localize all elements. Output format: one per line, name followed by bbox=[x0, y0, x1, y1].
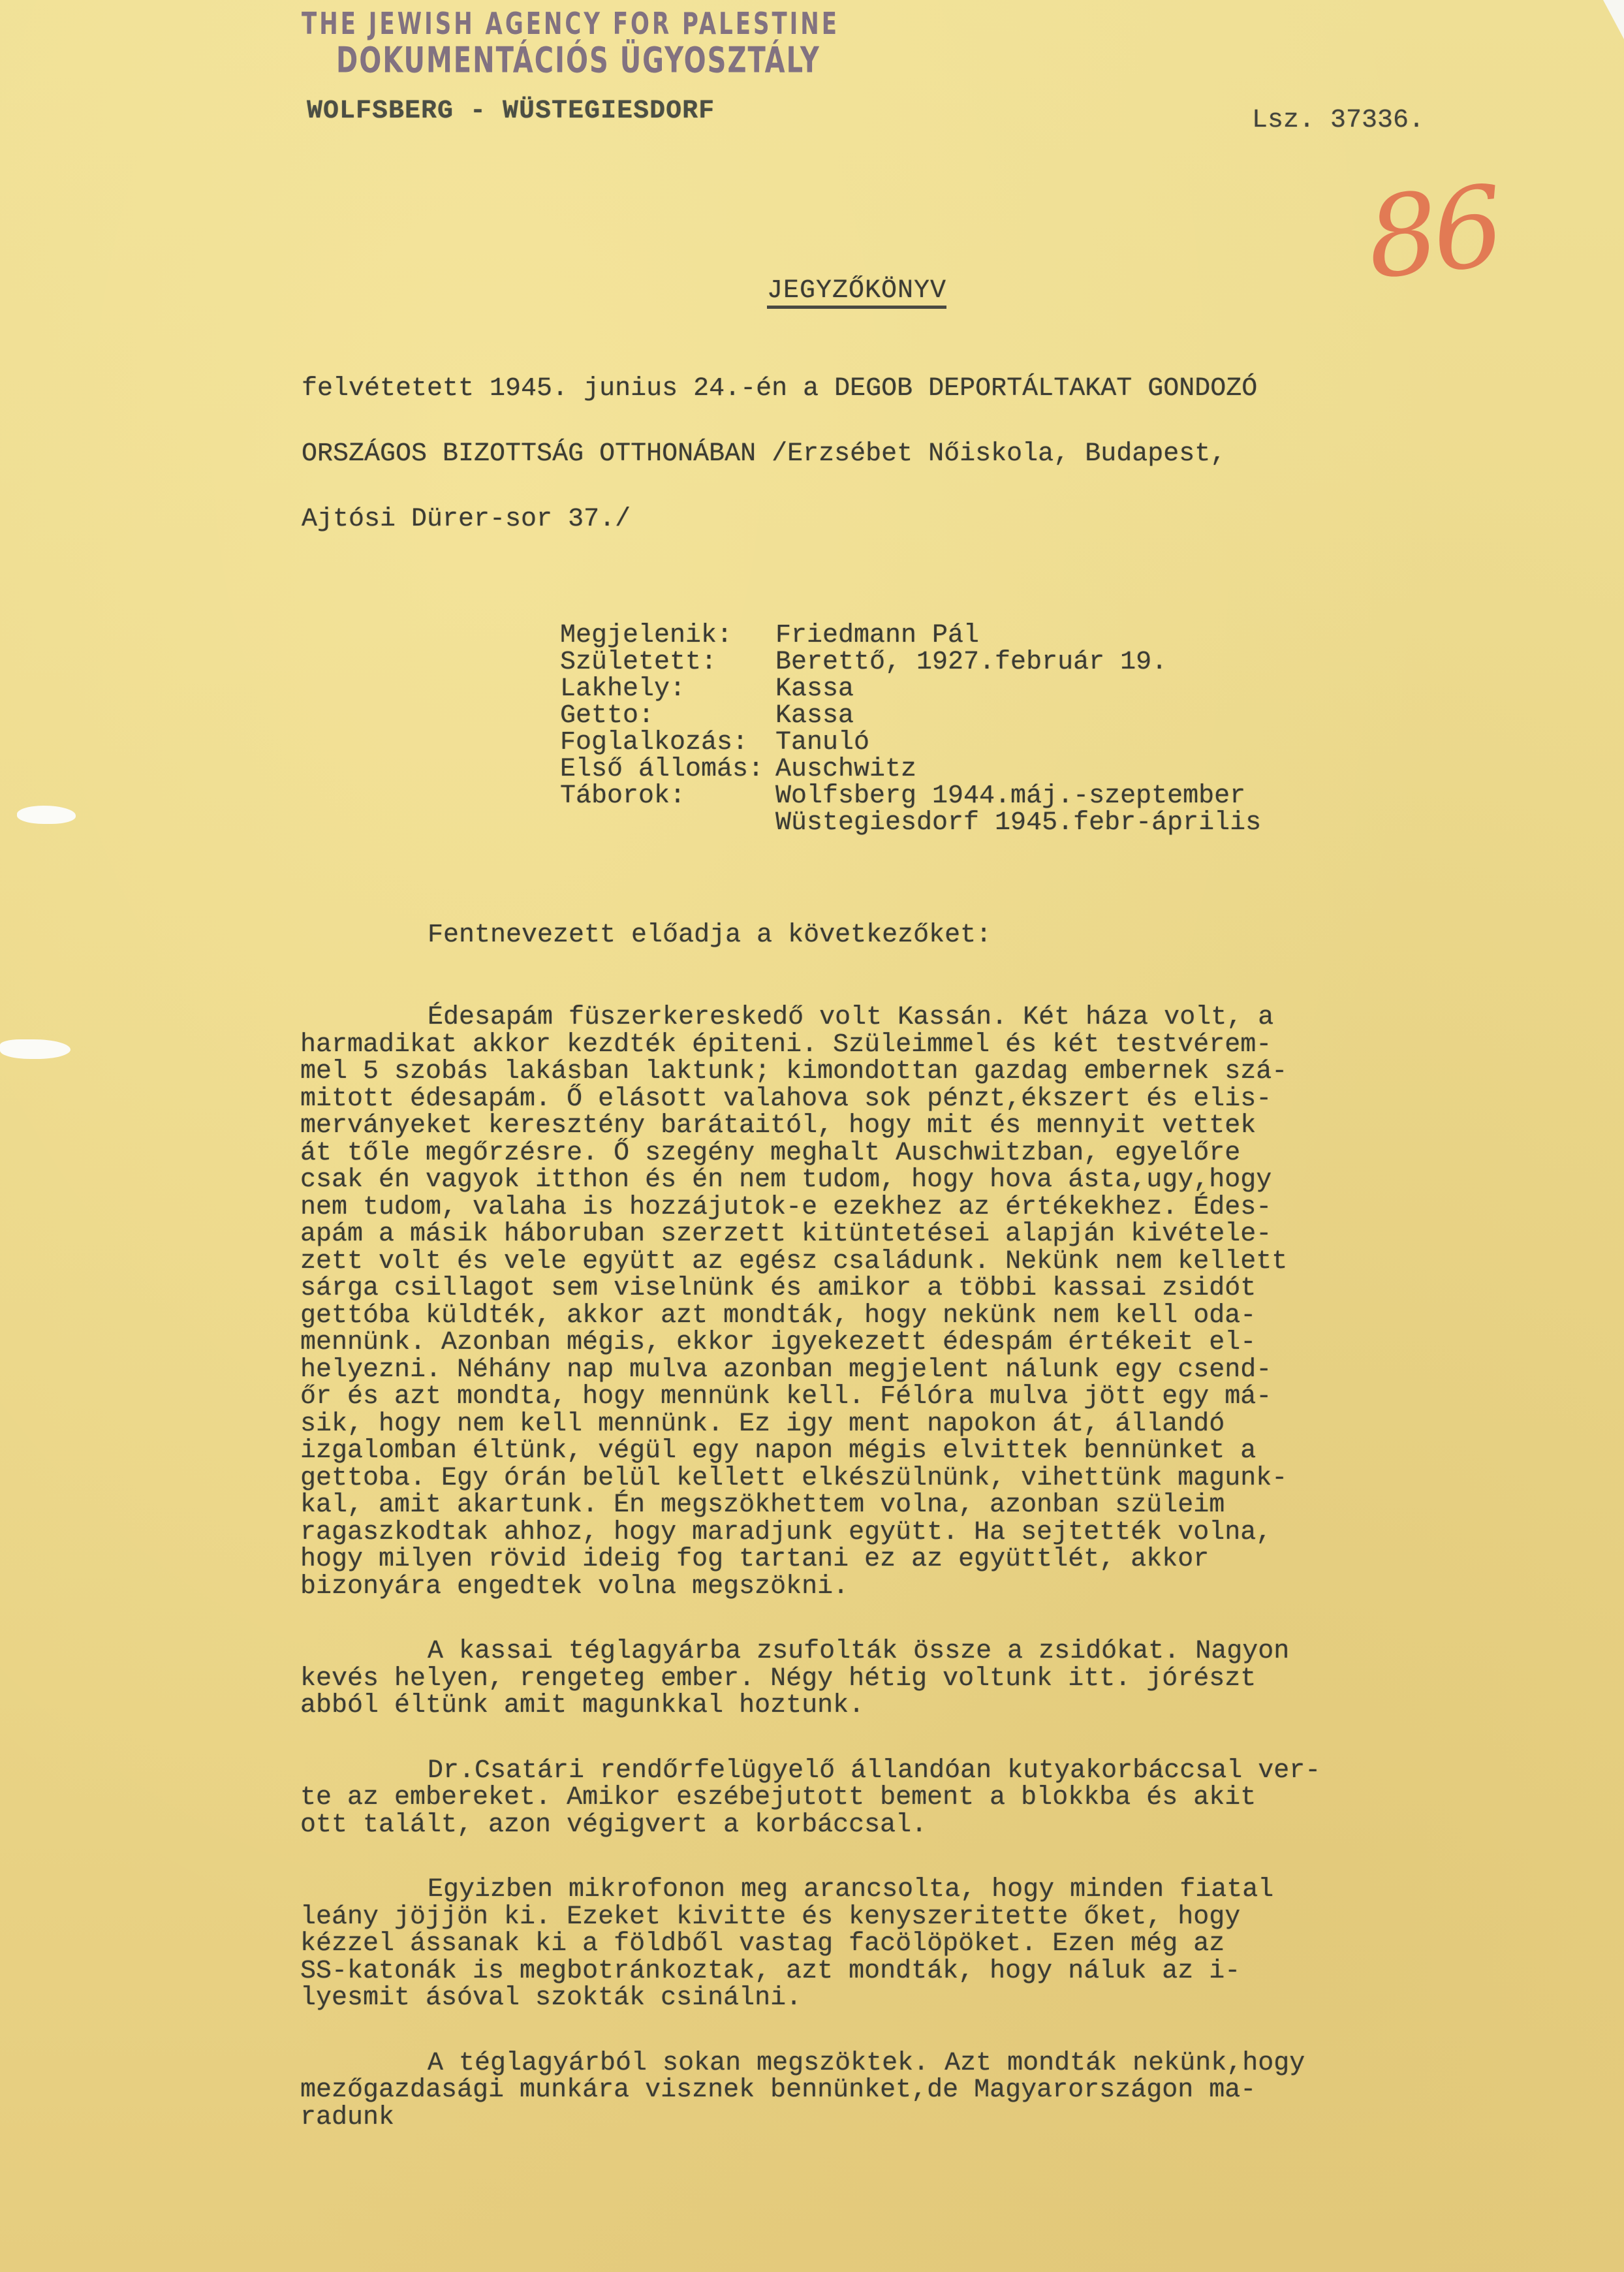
text-line: gettóba küldték, akkor azt mondták, hogy… bbox=[300, 1302, 1580, 1330]
text-line: bizonyára engedtek volna megszökni. bbox=[300, 1573, 1580, 1601]
text-line: helyezni. Néhány nap mulva azonban megje… bbox=[300, 1357, 1580, 1384]
text-line: merványeket keresztény barátaitól, hogy … bbox=[300, 1112, 1580, 1140]
text-line: ragaszkodtak ahhoz, hogy maradjunk együt… bbox=[300, 1519, 1580, 1547]
text-line: át tőle megőrzésre. Ő szegény meghalt Au… bbox=[300, 1140, 1580, 1167]
text-line: Dr.Csatári rendőrfelügyelő állandóan kut… bbox=[300, 1758, 1580, 1785]
field-row-residence: Lakhely: Kassa bbox=[560, 676, 1261, 702]
text-line: harmadikat akkor kezdték épiteni. Szülei… bbox=[300, 1032, 1580, 1059]
text-line: mezőgazdasági munkára visznek bennünket,… bbox=[300, 2077, 1580, 2104]
field-label: Első állomás: bbox=[560, 756, 775, 783]
text-line: csak én vagyok itthon és én nem tudom, h… bbox=[300, 1167, 1580, 1194]
text-line: kevés helyen, rengeteg ember. Négy hétig… bbox=[300, 1665, 1580, 1693]
text-line: zett volt és vele együtt az egész család… bbox=[300, 1248, 1580, 1276]
handwritten-page-number: 86 bbox=[1361, 162, 1505, 304]
field-label: Megjelenik: bbox=[560, 622, 775, 649]
camps-header: WOLFSBERG - WÜSTEGIESDORF bbox=[307, 98, 715, 125]
field-label: Táborok: bbox=[560, 783, 775, 810]
field-row-appears: Megjelenik: Friedmann Pál bbox=[560, 622, 1261, 649]
field-value: Wolfsberg 1944.máj.-szeptember bbox=[775, 783, 1245, 810]
text-line: nem tudom, valaha is hozzájutok-e ezekhe… bbox=[300, 1194, 1580, 1222]
field-label: Született: bbox=[560, 649, 775, 676]
text-line: kézzel ássanak ki a földből vastag facöl… bbox=[300, 1931, 1580, 1958]
text-line: A kassai téglagyárba zsufolták össze a z… bbox=[300, 1638, 1580, 1665]
text-line: abból éltünk amit magunkkal hoztunk. bbox=[300, 1692, 1580, 1720]
paragraph-escape: A téglagyárból sokan megszöktek. Azt mon… bbox=[300, 2050, 1580, 2132]
paragraph-brickyard: A kassai téglagyárba zsufolták össze a z… bbox=[300, 1638, 1580, 1720]
testimony-body: Édesapám füszerkereskedő volt Kassán. Ké… bbox=[300, 1004, 1580, 2169]
text-line: sik, hogy nem kell mennünk. Ez igy ment … bbox=[300, 1411, 1580, 1438]
text-line: őr és azt mondta, hogy mennünk kell. Fél… bbox=[300, 1383, 1580, 1411]
binder-punch-hole bbox=[17, 806, 76, 824]
field-row-occupation: Foglalkozás: Tanuló bbox=[560, 729, 1261, 756]
field-value: Tanuló bbox=[775, 729, 869, 756]
field-value: Kassa bbox=[775, 702, 854, 729]
text-line: A téglagyárból sokan megszöktek. Azt mon… bbox=[300, 2050, 1580, 2077]
paragraph-family: Édesapám füszerkereskedő volt Kassán. Ké… bbox=[300, 1004, 1580, 1600]
text-line: Egyizben mikrofonon meg arancsolta, hogy… bbox=[300, 1876, 1580, 1904]
personal-data-block: Megjelenik: Friedmann Pál Született: Ber… bbox=[560, 622, 1261, 836]
paragraph-csatari: Dr.Csatári rendőrfelügyelő állandóan kut… bbox=[300, 1758, 1580, 1839]
text-line: izgalomban éltünk, végül egy napon mégis… bbox=[300, 1438, 1580, 1465]
intro-line: felvétetett 1945. junius 24.-én a DEGOB … bbox=[302, 375, 1257, 402]
testimony-lead-in: Fentnevezett előadja a következőket: bbox=[428, 922, 992, 949]
reference-number: Lsz. 37336. bbox=[1252, 107, 1424, 134]
text-line: SS-katonák is megbotránkoztak, azt mondt… bbox=[300, 1958, 1580, 1985]
agency-stamp-line-1: THE JEWISH AGENCY FOR PALESTINE bbox=[302, 7, 839, 42]
field-label: Foglalkozás: bbox=[560, 729, 775, 756]
field-value: Friedmann Pál bbox=[775, 622, 979, 649]
paragraph-microphone: Egyizben mikrofonon meg arancsolta, hogy… bbox=[300, 1876, 1580, 2012]
agency-stamp-line-2: DOKUMENTÁCIÓS ÜGYOSZTÁLY bbox=[336, 40, 820, 81]
text-line: apám a másik háboruban szerzett kitüntet… bbox=[300, 1221, 1580, 1248]
text-line: hogy milyen rövid ideig fog tartani ez a… bbox=[300, 1546, 1580, 1573]
text-line: mennünk. Azonban mégis, ekkor igyekezett… bbox=[300, 1329, 1580, 1357]
text-line: mel 5 szobás lakásban laktunk; kimondott… bbox=[300, 1058, 1580, 1086]
text-line: sárga csillagot sem viselnünk és amikor … bbox=[300, 1275, 1580, 1302]
scanned-document-page: THE JEWISH AGENCY FOR PALESTINE DOKUMENT… bbox=[0, 0, 1624, 2272]
text-line: lyesmit ásóval szokták csinálni. bbox=[300, 1985, 1580, 2012]
torn-corner bbox=[1603, 0, 1624, 39]
text-line: radunk bbox=[300, 2104, 1580, 2132]
text-line: gettoba. Egy órán belül kellett elkészül… bbox=[300, 1465, 1580, 1492]
field-row-born: Született: Berettő, 1927.február 19. bbox=[560, 649, 1261, 676]
field-row-ghetto: Getto: Kassa bbox=[560, 702, 1261, 729]
field-row-first-station: Első állomás: Auschwitz bbox=[560, 756, 1261, 783]
intro-line: ORSZÁGOS BIZOTTSÁG OTTHONÁBAN /Erzsébet … bbox=[302, 441, 1226, 467]
field-label: Getto: bbox=[560, 702, 775, 729]
text-line: leány jöjjön ki. Ezeket kivitte és kenys… bbox=[300, 1904, 1580, 1931]
field-row-camps: Táborok: Wolfsberg 1944.máj.-szeptember bbox=[560, 783, 1261, 810]
intro-line: Ajtósi Dürer-sor 37./ bbox=[302, 506, 631, 533]
text-line: ott talált, azon végigvert a korbáccsal. bbox=[300, 1812, 1580, 1839]
field-row-camps-continued: Wüstegiesdorf 1945.febr-április bbox=[560, 810, 1261, 836]
text-line: kal, amit akartunk. Én megszökhettem vol… bbox=[300, 1492, 1580, 1519]
field-value: Berettő, 1927.február 19. bbox=[775, 649, 1167, 676]
binder-punch-hole bbox=[0, 1039, 70, 1059]
field-value: Kassa bbox=[775, 676, 854, 702]
text-line: mitott édesapám. Ő elásott valahova sok … bbox=[300, 1086, 1580, 1113]
document-title: JEGYZŐKÖNYV bbox=[767, 277, 946, 309]
text-line: Édesapám füszerkereskedő volt Kassán. Ké… bbox=[300, 1004, 1580, 1032]
text-line: te az embereket. Amikor eszébejutott bem… bbox=[300, 1784, 1580, 1812]
field-label: Lakhely: bbox=[560, 676, 775, 702]
field-label bbox=[560, 810, 775, 836]
field-value: Wüstegiesdorf 1945.febr-április bbox=[775, 810, 1261, 836]
field-value: Auschwitz bbox=[775, 756, 916, 783]
